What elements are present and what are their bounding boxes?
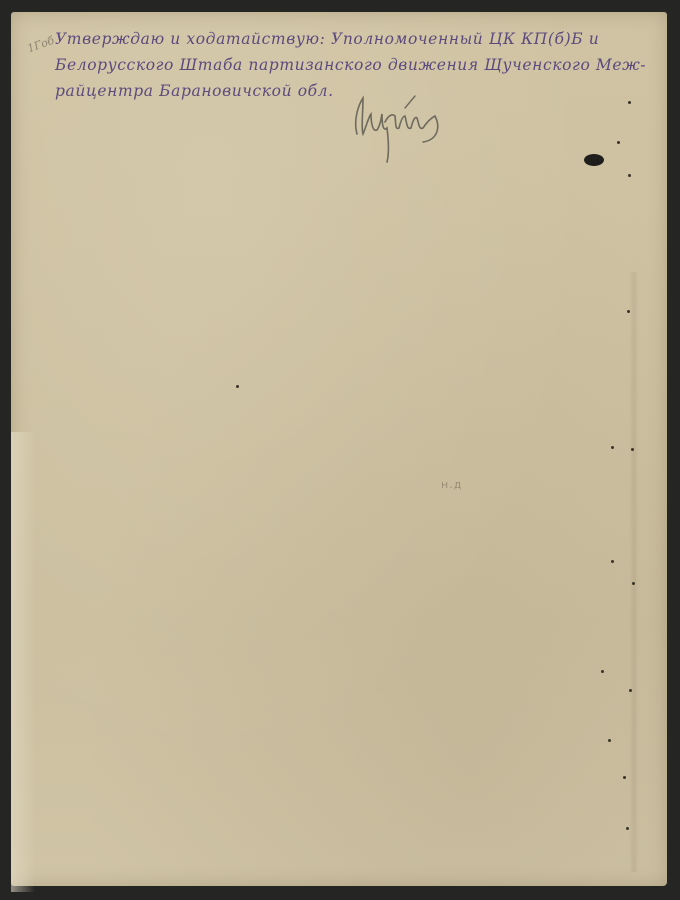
paper-speck	[631, 448, 634, 451]
paper-speck	[632, 582, 635, 585]
paper-speck	[628, 101, 631, 104]
paper-fold-right	[629, 272, 639, 872]
paper-speck	[629, 689, 632, 692]
paper-speck	[617, 141, 620, 144]
archive-mark: 1Гоб	[26, 34, 56, 56]
faint-pencil-mark: н.д	[441, 478, 462, 491]
handwritten-line-1: Утверждаю и ходатайствую: Уполномоченный…	[55, 26, 655, 52]
paper-speck	[628, 174, 631, 177]
paper-speck	[623, 776, 626, 779]
paper-speck	[236, 385, 239, 388]
handwritten-line-2: Белорусского Штаба партизанского движени…	[55, 52, 655, 78]
pencil-signature	[349, 84, 459, 164]
paper-speck	[611, 560, 614, 563]
paper-sheet: 1Гоб Утверждаю и ходатайствую: Уполномоч…	[11, 12, 667, 886]
paper-speck	[627, 310, 630, 313]
paper-speck	[626, 827, 629, 830]
scanned-document: 1Гоб Утверждаю и ходатайствую: Уполномоч…	[0, 0, 680, 900]
paper-speck	[608, 739, 611, 742]
paper-speck	[601, 670, 604, 673]
paper-speck	[611, 446, 614, 449]
punch-hole	[584, 154, 604, 166]
paper-fold-left	[11, 432, 35, 892]
